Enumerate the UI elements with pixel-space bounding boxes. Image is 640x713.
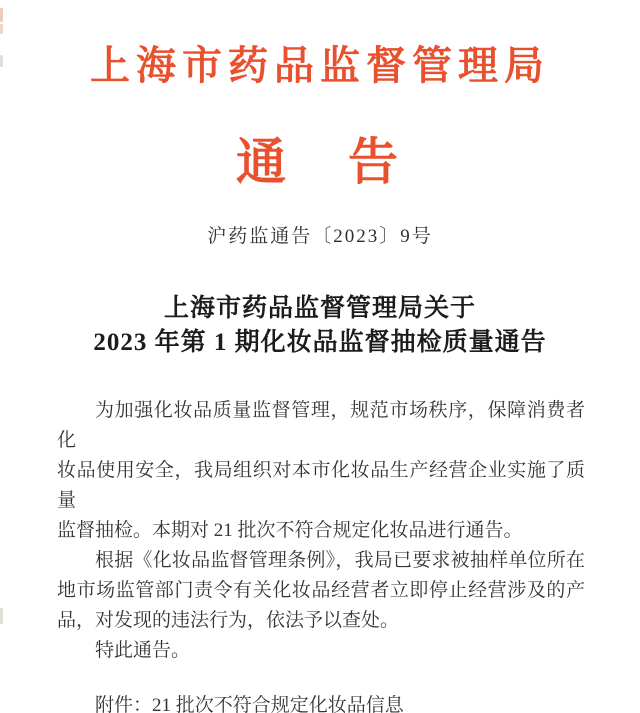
- body-line: 品，对发现的违法行为，依法予以查处。: [57, 606, 585, 636]
- paragraph: 为加强化妆品质量监督管理，规范市场秩序，保障消费者化 妆品使用安全，我局组织对本…: [57, 396, 585, 546]
- document-number: 沪药监通告〔2023〕9号: [0, 224, 640, 250]
- body-line: 妆品使用安全，我局组织对本市化妆品生产经营企业实施了质量: [57, 456, 585, 516]
- paragraph: 特此通告。: [57, 636, 585, 666]
- issuing-authority-header: 上海市药品监督管理局: [0, 40, 640, 92]
- paragraph: 根据《化妆品监督管理条例》，我局已要求被抽样单位所在 地市场监管部门责令有关化妆…: [57, 546, 585, 636]
- scan-artifact: [0, 608, 3, 624]
- scan-artifact: [0, 24, 3, 34]
- body-line: 特此通告。: [57, 636, 585, 666]
- body-line: 地市场监管部门责令有关化妆品经营者立即停止经营涉及的产: [57, 576, 585, 606]
- document-body: 为加强化妆品质量监督管理，规范市场秩序，保障消费者化 妆品使用安全，我局组织对本…: [57, 396, 585, 713]
- document-title: 上海市药品监督管理局关于 2023 年第 1 期化妆品监督抽检质量通告: [0, 292, 640, 360]
- body-line: 为加强化妆品质量监督管理，规范市场秩序，保障消费者化: [57, 396, 585, 456]
- document-title-line1: 上海市药品监督管理局关于: [0, 292, 640, 326]
- notice-type-heading: 通 告: [0, 132, 640, 192]
- notice-document-page: 上海市药品监督管理局 通 告 沪药监通告〔2023〕9号 上海市药品监督管理局关…: [0, 0, 640, 713]
- body-line: 监督抽检。本期对 21 批次不符合规定化妆品进行通告。: [57, 516, 585, 546]
- body-line: 根据《化妆品监督管理条例》，我局已要求被抽样单位所在: [57, 546, 585, 576]
- document-title-line2: 2023 年第 1 期化妆品监督抽检质量通告: [0, 326, 640, 360]
- scan-artifact: [0, 55, 3, 67]
- scan-artifact: [0, 8, 3, 22]
- attachment-line: 附件：21 批次不符合规定化妆品信息: [57, 691, 585, 713]
